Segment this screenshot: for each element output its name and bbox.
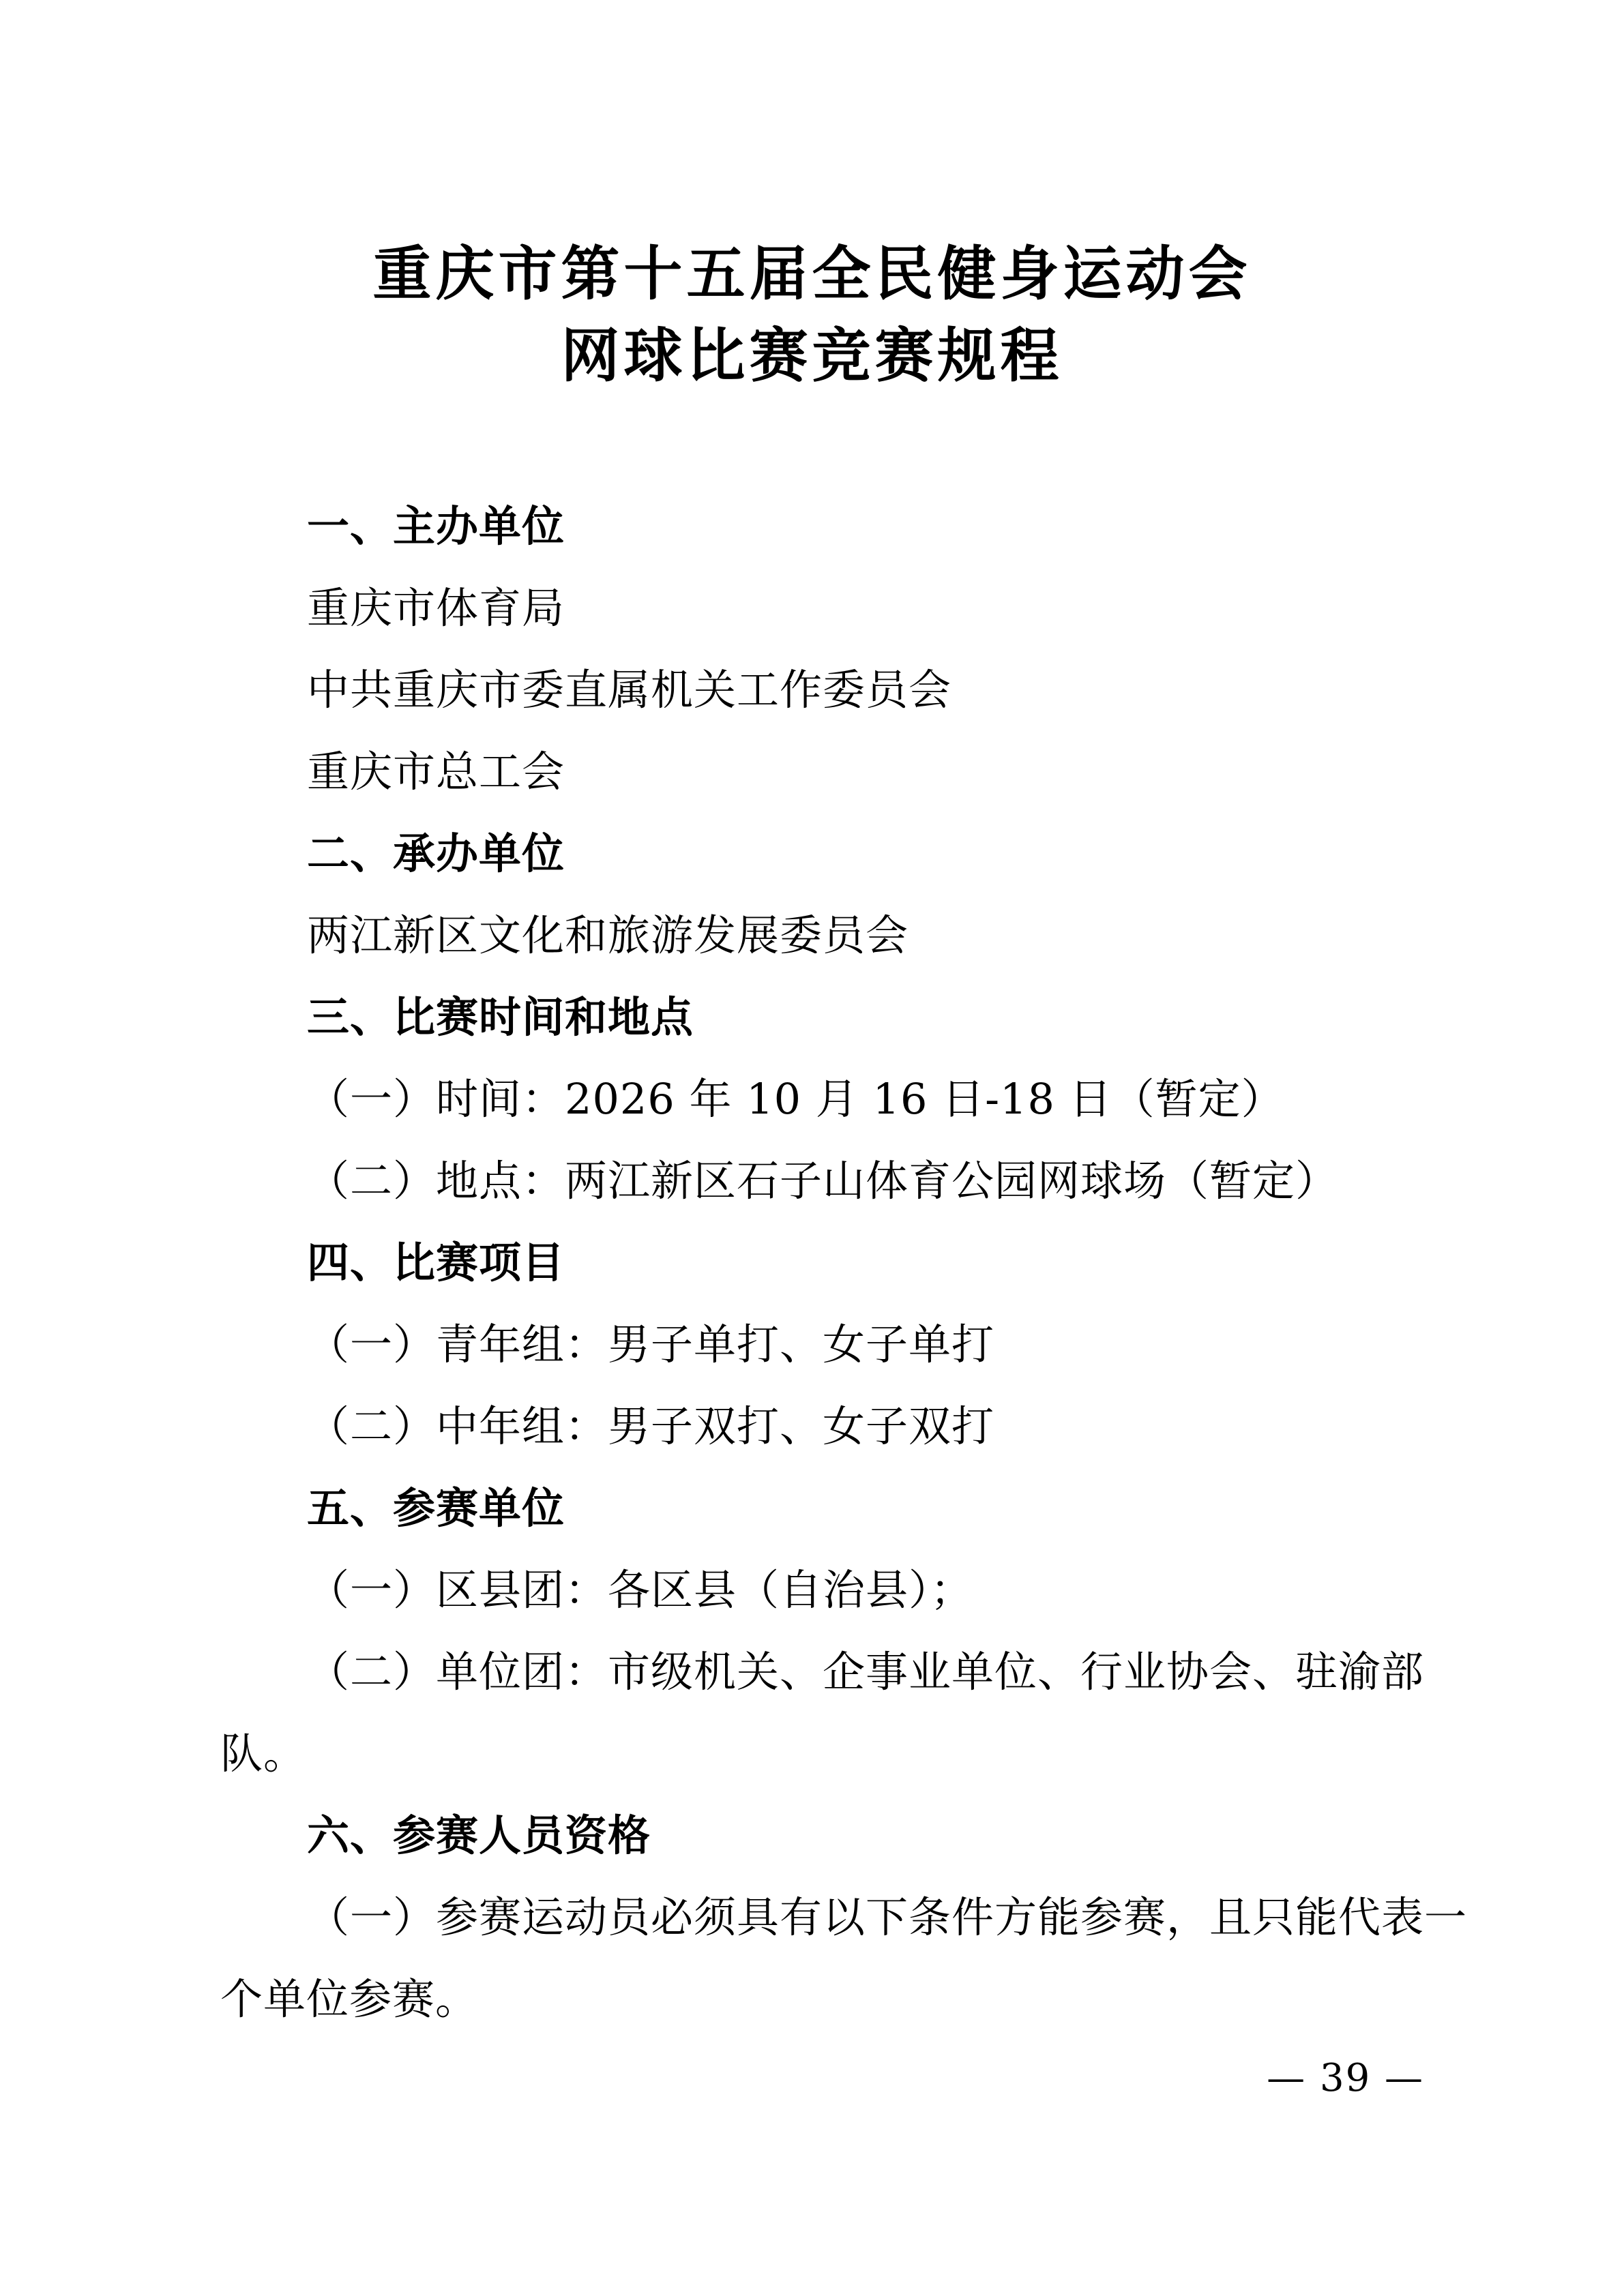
document-line: 中共重庆市委直属机关工作委员会 <box>220 649 1448 731</box>
document-line: 个单位参赛。 <box>220 1958 1448 2040</box>
line-text: 重庆市体育局 <box>307 583 565 633</box>
document-line: 重庆市总工会 <box>220 731 1448 813</box>
document-line: 队。 <box>220 1713 1448 1795</box>
line-text: 一、主办单位 <box>307 501 565 551</box>
document-line: 五、参赛单位 <box>220 1467 1448 1549</box>
line-text: 六、参赛人员资格 <box>307 1810 651 1860</box>
line-text: 两江新区文化和旅游发展委员会 <box>307 910 909 960</box>
document-line: 四、比赛项目 <box>220 1222 1448 1304</box>
line-text: 队。 <box>220 1729 306 1778</box>
line-text: 二、承办单位 <box>307 829 565 878</box>
document-line: 两江新区文化和旅游发展委员会 <box>220 895 1448 976</box>
document-line: （一）区县团：各区县（自治县）； <box>220 1549 1448 1631</box>
line-text: （一）青年组：男子单打、女子单打 <box>307 1320 994 1369</box>
document-line: （二）地点：两江新区石子山体育公园网球场（暂定） <box>220 1140 1448 1222</box>
line-text: 三、比赛时间和地点 <box>307 992 694 1042</box>
line-text: 重庆市总工会 <box>307 747 565 796</box>
document-line: 六、参赛人员资格 <box>220 1795 1448 1877</box>
line-text: （一）区县团：各区县（自治县）； <box>307 1565 973 1615</box>
title-line-2: 网球比赛竞赛规程 <box>0 315 1624 397</box>
title-line-1: 重庆市第十五届全民健身运动会 <box>0 233 1624 315</box>
document-line: （一）青年组：男子单打、女子单打 <box>220 1304 1448 1386</box>
line-text: 个单位参赛。 <box>220 1974 478 2024</box>
line-text: （二）地点：两江新区石子山体育公园网球场（暂定） <box>307 1156 1338 1206</box>
line-text: 中共重庆市委直属机关工作委员会 <box>307 665 951 715</box>
document-line: 重庆市体育局 <box>220 567 1448 649</box>
line-text: （二）单位团：市级机关、企事业单位、行业协会、驻渝部 <box>307 1647 1424 1697</box>
line-text: 五、参赛单位 <box>307 1483 565 1533</box>
document-line: （二）单位团：市级机关、企事业单位、行业协会、驻渝部 <box>220 1631 1448 1713</box>
document-line: （一）时间：2026 年 10 月 16 日-18 日（暂定） <box>220 1058 1448 1140</box>
document-line: 二、承办单位 <box>220 813 1448 895</box>
document-line: 一、主办单位 <box>220 486 1448 567</box>
document-lines: 一、主办单位 重庆市体育局 中共重庆市委直属机关工作委员会 重庆市总工会 二、承… <box>220 486 1448 2040</box>
document-line: （一）参赛运动员必须具有以下条件方能参赛，且只能代表一 <box>220 1877 1448 1958</box>
line-text: （一）参赛运动员必须具有以下条件方能参赛，且只能代表一 <box>307 1892 1467 1942</box>
line-text: 四、比赛项目 <box>307 1238 565 1287</box>
document-line: 三、比赛时间和地点 <box>220 976 1448 1058</box>
document-page: 重庆市第十五届全民健身运动会 网球比赛竞赛规程 一、主办单位 重庆市体育局 中共… <box>0 0 1624 2296</box>
page-number: — 39 — <box>1267 2058 1424 2099</box>
line-text: （一）时间：2026 年 10 月 16 日-18 日（暂定） <box>307 1074 1284 1124</box>
document-line: （二）中年组：男子双打、女子双打 <box>220 1386 1448 1467</box>
document-title: 重庆市第十五届全民健身运动会 网球比赛竞赛规程 <box>0 233 1624 397</box>
line-text: （二）中年组：男子双打、女子双打 <box>307 1401 994 1451</box>
